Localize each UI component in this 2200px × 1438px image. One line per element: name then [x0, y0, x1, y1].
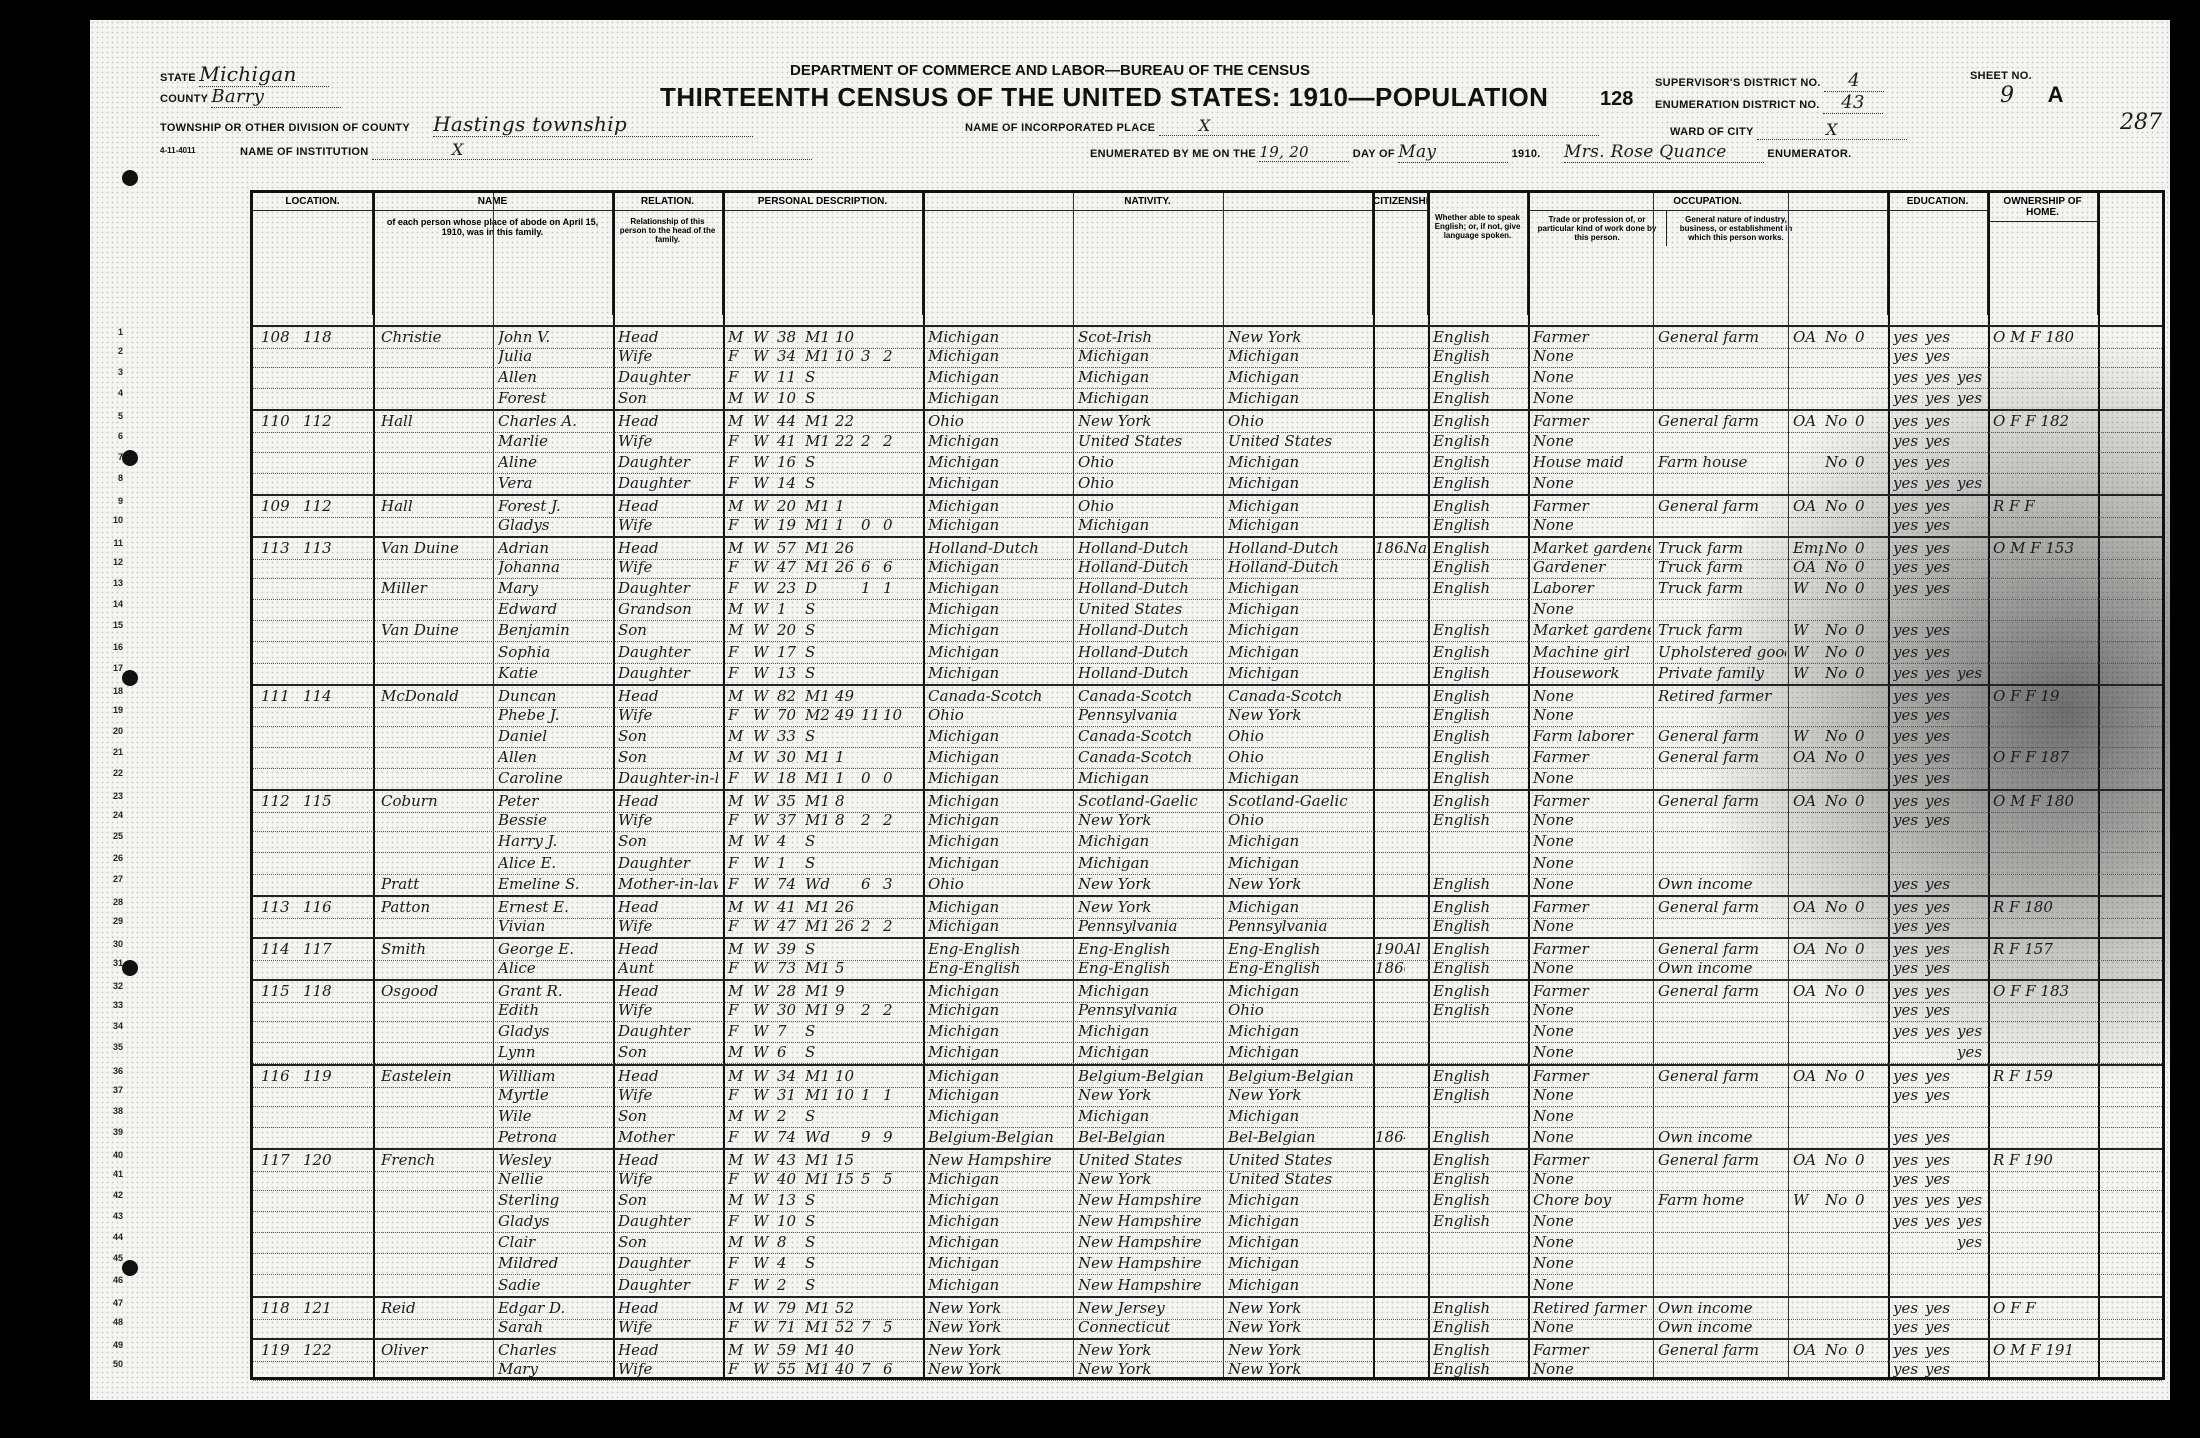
cell-rel: Mother-in-law	[618, 875, 718, 893]
cell-yrs: 9	[835, 982, 859, 1000]
cell-ind: Truck farm	[1658, 579, 1786, 597]
cell-age: 11	[777, 368, 803, 386]
cell-emp: W	[1793, 643, 1823, 661]
cell-ms: M1	[805, 1341, 833, 1359]
cell-trade: None	[1533, 347, 1651, 365]
cell-wks: 0	[1855, 328, 1883, 346]
cell-pob_f: Holland-Dutch	[1078, 621, 1220, 639]
cell-yrs: 1	[835, 769, 859, 787]
cell-work: No	[1825, 453, 1853, 471]
cell-school: yes	[1957, 664, 1987, 682]
cell-pob: Michigan	[928, 811, 1070, 829]
cell-fam: 119	[303, 1067, 343, 1085]
cell-sex: M	[728, 1299, 750, 1317]
cell-rel: Head	[618, 1151, 718, 1169]
enumeration-district-field: ENUMERATION DISTRICT NO. 43	[1655, 92, 1883, 114]
cell-age: 2	[777, 1107, 803, 1125]
cell-yrs: 49	[835, 706, 859, 724]
cell-pob_f: Holland-Dutch	[1078, 579, 1220, 597]
cell-surname: Reid	[381, 1299, 493, 1317]
line-number: 48	[103, 1317, 123, 1327]
binder-hole-icon	[122, 170, 138, 186]
cell-race: W	[753, 1341, 775, 1359]
cell-school: yes	[1957, 389, 1987, 407]
form-code: 4-11-4011	[160, 146, 196, 155]
cell-race: W	[753, 1001, 775, 1019]
cell-lang: English	[1433, 643, 1525, 661]
cell-ms: S	[805, 600, 833, 618]
cell-trade: None	[1533, 832, 1651, 850]
cell-wks: 0	[1855, 1067, 1883, 1085]
cell-pob: Michigan	[928, 1043, 1070, 1061]
cell-given: Mildred	[498, 1254, 610, 1272]
table-row: 26Alice E.DaughterFW1SMichiganMichiganMi…	[253, 853, 2162, 875]
cell-write: yes	[1925, 1067, 1955, 1085]
cell-age: 41	[777, 898, 803, 916]
cell-rel: Son	[618, 621, 718, 639]
township-field: TOWNSHIP OR OTHER DIVISION OF COUNTY Has…	[160, 112, 753, 137]
cell-work: No	[1825, 497, 1853, 515]
cell-ind: Own income	[1658, 1299, 1786, 1317]
cell-own: O F F 182	[1993, 412, 2097, 430]
cell-sex: M	[728, 940, 750, 958]
cell-fam: 112	[303, 412, 343, 430]
cell-trade: Farmer	[1533, 1151, 1651, 1169]
line-number: 38	[103, 1106, 123, 1116]
cell-pob: Michigan	[928, 769, 1070, 787]
line-number: 40	[103, 1150, 123, 1160]
cell-wks: 0	[1855, 1341, 1883, 1359]
cell-race: W	[753, 516, 775, 534]
cell-pob_f: New Hampshire	[1078, 1276, 1220, 1294]
cell-lang: English	[1433, 706, 1525, 724]
cell-work: No	[1825, 982, 1853, 1000]
cell-sex: F	[728, 453, 750, 471]
cell-pob_m: Michigan	[1228, 453, 1370, 471]
cell-ind: General farm	[1658, 1067, 1786, 1085]
cell-trade: None	[1533, 854, 1651, 872]
cell-fam: 118	[303, 328, 343, 346]
cell-yrs: 26	[835, 539, 859, 557]
cell-work: No	[1825, 792, 1853, 810]
cell-pob_f: New York	[1078, 811, 1220, 829]
cell-write: yes	[1925, 706, 1955, 724]
cell-pob: Michigan	[928, 328, 1070, 346]
cell-ind: Farm home	[1658, 1191, 1786, 1209]
cell-ms: S	[805, 832, 833, 850]
cell-sex: F	[728, 854, 750, 872]
cell-sex: F	[728, 432, 750, 450]
cell-rel: Wife	[618, 706, 718, 724]
cell-race: W	[753, 875, 775, 893]
cell-ms: S	[805, 727, 833, 745]
cell-age: 38	[777, 328, 803, 346]
cell-race: W	[753, 917, 775, 935]
cell-pob_f: Michigan	[1078, 769, 1220, 787]
column-header-occupation: OCCUPATION. Trade or profession of, or p…	[1528, 193, 1888, 315]
cell-lang: English	[1433, 621, 1525, 639]
column-header-personal: PERSONAL DESCRIPTION.	[723, 193, 923, 315]
cell-yrs: 22	[835, 432, 859, 450]
cell-pob_m: Michigan	[1228, 1022, 1370, 1040]
line-number: 16	[103, 642, 123, 652]
cell-given: Harry J.	[498, 832, 610, 850]
cell-wks: 0	[1855, 792, 1883, 810]
cell-rel: Daughter	[618, 643, 718, 661]
cell-rel: Son	[618, 748, 718, 766]
cell-yrs: 40	[835, 1360, 859, 1378]
cell-age: 14	[777, 474, 803, 492]
cell-race: W	[753, 558, 775, 576]
cell-born: 1	[861, 579, 881, 597]
cell-pob_m: New York	[1228, 875, 1370, 893]
cell-sex: F	[728, 474, 750, 492]
cell-nat: Na	[1405, 539, 1427, 557]
cell-yrs: 40	[835, 1341, 859, 1359]
cell-write: yes	[1925, 898, 1955, 916]
cell-sex: F	[728, 706, 750, 724]
cell-pob_f: Pennsylvania	[1078, 917, 1220, 935]
cell-ms: S	[805, 1107, 833, 1125]
cell-wks: 0	[1855, 940, 1883, 958]
table-row: 20DanielSonMW33SMichiganCanada-ScotchOhi…	[253, 726, 2162, 748]
cell-age: 44	[777, 412, 803, 430]
cell-pob_m: Michigan	[1228, 474, 1370, 492]
cell-school: yes	[1957, 474, 1987, 492]
cell-lang: English	[1433, 1191, 1525, 1209]
cell-age: 35	[777, 792, 803, 810]
cell-write: yes	[1925, 1299, 1955, 1317]
cell-pob: New York	[928, 1360, 1070, 1378]
cell-pob_f: Canada-Scotch	[1078, 748, 1220, 766]
cell-write: yes	[1925, 643, 1955, 661]
cell-sex: F	[728, 1254, 750, 1272]
cell-rel: Daughter	[618, 1212, 718, 1230]
cell-pob_f: Holland-Dutch	[1078, 643, 1220, 661]
cell-pob: Michigan	[928, 432, 1070, 450]
cell-race: W	[753, 1022, 775, 1040]
line-number: 28	[103, 897, 123, 907]
cell-ms: M1	[805, 516, 833, 534]
cell-surname: Van Duine	[381, 539, 493, 557]
cell-surname: Hall	[381, 412, 493, 430]
cell-ms: S	[805, 453, 833, 471]
cell-emp: OA	[1793, 792, 1823, 810]
cell-write: yes	[1925, 959, 1955, 977]
cell-age: 13	[777, 1191, 803, 1209]
table-row: 34GladysDaughterFW7SMichiganMichiganMich…	[253, 1021, 2162, 1043]
cell-rel: Head	[618, 497, 718, 515]
cell-age: 47	[777, 917, 803, 935]
cell-own: R F 180	[1993, 898, 2097, 916]
cell-rel: Daughter	[618, 1022, 718, 1040]
cell-age: 73	[777, 959, 803, 977]
table-row: 25Harry J.SonMW4SMichiganMichiganMichiga…	[253, 831, 2162, 853]
cell-pob_m: Pennsylvania	[1228, 917, 1370, 935]
cell-race: W	[753, 1128, 775, 1146]
cell-write: yes	[1925, 1341, 1955, 1359]
cell-ms: M1	[805, 1170, 833, 1188]
column-header-education: EDUCATION.	[1888, 193, 1988, 315]
cell-own: R F 190	[1993, 1151, 2097, 1169]
cell-trade: None	[1533, 474, 1651, 492]
cell-pob_f: Michigan	[1078, 347, 1220, 365]
cell-ind: General farm	[1658, 940, 1786, 958]
cell-pob_f: Canada-Scotch	[1078, 727, 1220, 745]
cell-surname: Christie	[381, 328, 493, 346]
cell-yrs: 52	[835, 1318, 859, 1336]
county-value: Barry	[211, 86, 341, 108]
cell-own: O F F 19	[1993, 687, 2097, 705]
table-row: 4ForestSonMW10SMichiganMichiganMichiganE…	[253, 388, 2162, 410]
cell-pob_m: Michigan	[1228, 368, 1370, 386]
cell-lang: English	[1433, 1360, 1525, 1378]
cell-pob_m: United States	[1228, 1151, 1370, 1169]
cell-write: yes	[1925, 687, 1955, 705]
cell-write: yes	[1925, 1318, 1955, 1336]
cell-trade: None	[1533, 1001, 1651, 1019]
cell-trade: Farmer	[1533, 497, 1651, 515]
cell-ind: General farm	[1658, 982, 1786, 1000]
cell-fam: 122	[303, 1341, 343, 1359]
cell-read: yes	[1893, 1341, 1923, 1359]
cell-pob: New York	[928, 1299, 1070, 1317]
cell-living: 2	[883, 432, 903, 450]
cell-rel: Head	[618, 539, 718, 557]
cell-imm: 1865	[1375, 539, 1405, 557]
cell-emp: W	[1793, 1191, 1823, 1209]
cell-age: 55	[777, 1360, 803, 1378]
cell-trade: Market gardener	[1533, 539, 1651, 557]
cell-age: 20	[777, 621, 803, 639]
cell-race: W	[753, 811, 775, 829]
cell-pob_m: New York	[1228, 1318, 1370, 1336]
cell-read: yes	[1893, 579, 1923, 597]
cell-pob_f: Ohio	[1078, 497, 1220, 515]
line-number: 24	[103, 810, 123, 820]
cell-sex: F	[728, 1170, 750, 1188]
cell-age: 70	[777, 706, 803, 724]
cell-race: W	[753, 1360, 775, 1378]
cell-race: W	[753, 474, 775, 492]
cell-emp: W	[1793, 727, 1823, 745]
cell-pob: Michigan	[928, 368, 1070, 386]
cell-lang: English	[1433, 687, 1525, 705]
cell-rel: Son	[618, 1191, 718, 1209]
cell-pob_m: Michigan	[1228, 982, 1370, 1000]
cell-born: 7	[861, 1360, 881, 1378]
cell-race: W	[753, 600, 775, 618]
cell-trade: None	[1533, 516, 1651, 534]
cell-emp: OA	[1793, 558, 1823, 576]
cell-lang: English	[1433, 959, 1525, 977]
column-header-relation: RELATION.Relationship of this person to …	[613, 193, 723, 315]
cell-pob: New Hampshire	[928, 1151, 1070, 1169]
cell-own: O M F 180	[1993, 328, 2097, 346]
cell-living: 6	[883, 1360, 903, 1378]
cell-work: No	[1825, 664, 1853, 682]
incorporated-place-field: NAME OF INCORPORATED PLACE X	[965, 116, 1599, 136]
cell-pob: Michigan	[928, 898, 1070, 916]
cell-pob_m: Bel-Belgian	[1228, 1128, 1370, 1146]
line-number: 3	[103, 367, 123, 377]
cell-sex: F	[728, 558, 750, 576]
cell-living: 2	[883, 811, 903, 829]
cell-given: William	[498, 1067, 610, 1085]
cell-pob_f: Michigan	[1078, 832, 1220, 850]
cell-rel: Son	[618, 1043, 718, 1061]
cell-pob_f: New Hampshire	[1078, 1233, 1220, 1251]
cell-surname: Hall	[381, 497, 493, 515]
cell-fam: 117	[303, 940, 343, 958]
cell-school: yes	[1957, 1022, 1987, 1040]
cell-yrs: 8	[835, 792, 859, 810]
cell-given: Sarah	[498, 1318, 610, 1336]
cell-sex: M	[728, 328, 750, 346]
cell-ind: General farm	[1658, 792, 1786, 810]
line-number: 19	[103, 705, 123, 715]
cell-pob_f: New York	[1078, 1360, 1220, 1378]
cell-given: Sophia	[498, 643, 610, 661]
cell-pob_f: Michigan	[1078, 982, 1220, 1000]
cell-lang: English	[1433, 898, 1525, 916]
cell-trade: Retired farmer	[1533, 1299, 1651, 1317]
cell-pob: Michigan	[928, 389, 1070, 407]
cell-ms: S	[805, 1212, 833, 1230]
cell-pob: Eng-English	[928, 940, 1070, 958]
cell-given: Emeline S.	[498, 875, 610, 893]
cell-pob_f: Belgium-Belgian	[1078, 1067, 1220, 1085]
cell-read: yes	[1893, 917, 1923, 935]
cell-sex: F	[728, 643, 750, 661]
cell-given: Forest J.	[498, 497, 610, 515]
state-value: Michigan	[199, 62, 329, 87]
line-number: 23	[103, 791, 123, 801]
cell-rel: Son	[618, 832, 718, 850]
cell-write: yes	[1925, 328, 1955, 346]
cell-emp: OA	[1793, 412, 1823, 430]
cell-surname: Coburn	[381, 792, 493, 810]
cell-given: Julia	[498, 347, 610, 365]
cell-pob: Michigan	[928, 558, 1070, 576]
cell-write: yes	[1925, 792, 1955, 810]
binder-hole-icon	[122, 960, 138, 976]
cell-write: yes	[1925, 982, 1955, 1000]
cell-rel: Daughter	[618, 1254, 718, 1272]
line-number: 41	[103, 1169, 123, 1179]
cell-read: yes	[1893, 497, 1923, 515]
cell-given: Edward	[498, 600, 610, 618]
cell-read: yes	[1893, 1001, 1923, 1019]
cell-age: 4	[777, 1254, 803, 1272]
cell-born: 2	[861, 1001, 881, 1019]
cell-read: yes	[1893, 453, 1923, 471]
cell-ind: General farm	[1658, 1341, 1786, 1359]
cell-own: R F F	[1993, 497, 2097, 515]
cell-living: 1	[883, 1086, 903, 1104]
cell-rel: Son	[618, 389, 718, 407]
cell-lang: English	[1433, 727, 1525, 745]
cell-given: Nellie	[498, 1170, 610, 1188]
cell-read: yes	[1893, 1191, 1923, 1209]
cell-pob: Michigan	[928, 516, 1070, 534]
cell-given: Marlie	[498, 432, 610, 450]
cell-born: 0	[861, 769, 881, 787]
cell-read: yes	[1893, 664, 1923, 682]
cell-sex: F	[728, 1276, 750, 1294]
cell-lang: English	[1433, 1170, 1525, 1188]
line-number: 14	[103, 599, 123, 609]
cell-pob: Michigan	[928, 347, 1070, 365]
cell-dw: 113	[261, 898, 301, 916]
cell-lang: English	[1433, 792, 1525, 810]
cell-given: Alice E.	[498, 854, 610, 872]
column-header-language: Whether able to speak English; or, if no…	[1428, 193, 1528, 315]
cell-ind: General farm	[1658, 328, 1786, 346]
cell-pob: Michigan	[928, 917, 1070, 935]
cell-trade: None	[1533, 1254, 1651, 1272]
cell-race: W	[753, 959, 775, 977]
census-sheet: STATE Michigan COUNTY Barry TOWNSHIP OR …	[90, 20, 2170, 1400]
table-row: 33EdithWifeFW30M1922MichiganPennsylvania…	[253, 1000, 2162, 1022]
cell-dw: 118	[261, 1299, 301, 1317]
cell-pob_f: Michigan	[1078, 1107, 1220, 1125]
cell-dw: 114	[261, 940, 301, 958]
cell-read: yes	[1893, 621, 1923, 639]
cell-age: 6	[777, 1043, 803, 1061]
cell-age: 59	[777, 1341, 803, 1359]
cell-race: W	[753, 706, 775, 724]
cell-school: yes	[1957, 1233, 1987, 1251]
line-number: 7	[103, 452, 123, 462]
line-number: 5	[103, 411, 123, 421]
cell-pob_f: Eng-English	[1078, 959, 1220, 977]
cell-wks: 0	[1855, 579, 1883, 597]
cell-dw: 117	[261, 1151, 301, 1169]
cell-trade: None	[1533, 1022, 1651, 1040]
cell-emp: OA	[1793, 497, 1823, 515]
line-number: 10	[103, 515, 123, 525]
cell-read: yes	[1893, 1299, 1923, 1317]
cell-read: yes	[1893, 1151, 1923, 1169]
cell-ms: S	[805, 1022, 833, 1040]
cell-rel: Daughter	[618, 854, 718, 872]
cell-lang: English	[1433, 1299, 1525, 1317]
line-number: 13	[103, 578, 123, 588]
cell-lang: English	[1433, 940, 1525, 958]
cell-pob: New York	[928, 1318, 1070, 1336]
cell-trade: Farmer	[1533, 1067, 1651, 1085]
cell-age: 74	[777, 1128, 803, 1146]
cell-pob_m: Holland-Dutch	[1228, 558, 1370, 576]
line-number: 37	[103, 1085, 123, 1095]
cell-race: W	[753, 1151, 775, 1169]
cell-pob_m: Michigan	[1228, 579, 1370, 597]
cell-fam: 114	[303, 687, 343, 705]
cell-given: Lynn	[498, 1043, 610, 1061]
cell-read: yes	[1893, 959, 1923, 977]
cell-ind: Own income	[1658, 1128, 1786, 1146]
line-number: 20	[103, 726, 123, 736]
cell-ind: Truck farm	[1658, 539, 1786, 557]
cell-race: W	[753, 1299, 775, 1317]
cell-pob_f: Michigan	[1078, 368, 1220, 386]
enumeration-date-field: ENUMERATED BY ME ON THE 19, 20 DAY OF Ma…	[1090, 142, 1852, 163]
cell-ms: S	[805, 1191, 833, 1209]
cell-sex: M	[728, 1043, 750, 1061]
cell-rel: Daughter-in-law	[618, 769, 718, 787]
cell-pob_f: New York	[1078, 875, 1220, 893]
